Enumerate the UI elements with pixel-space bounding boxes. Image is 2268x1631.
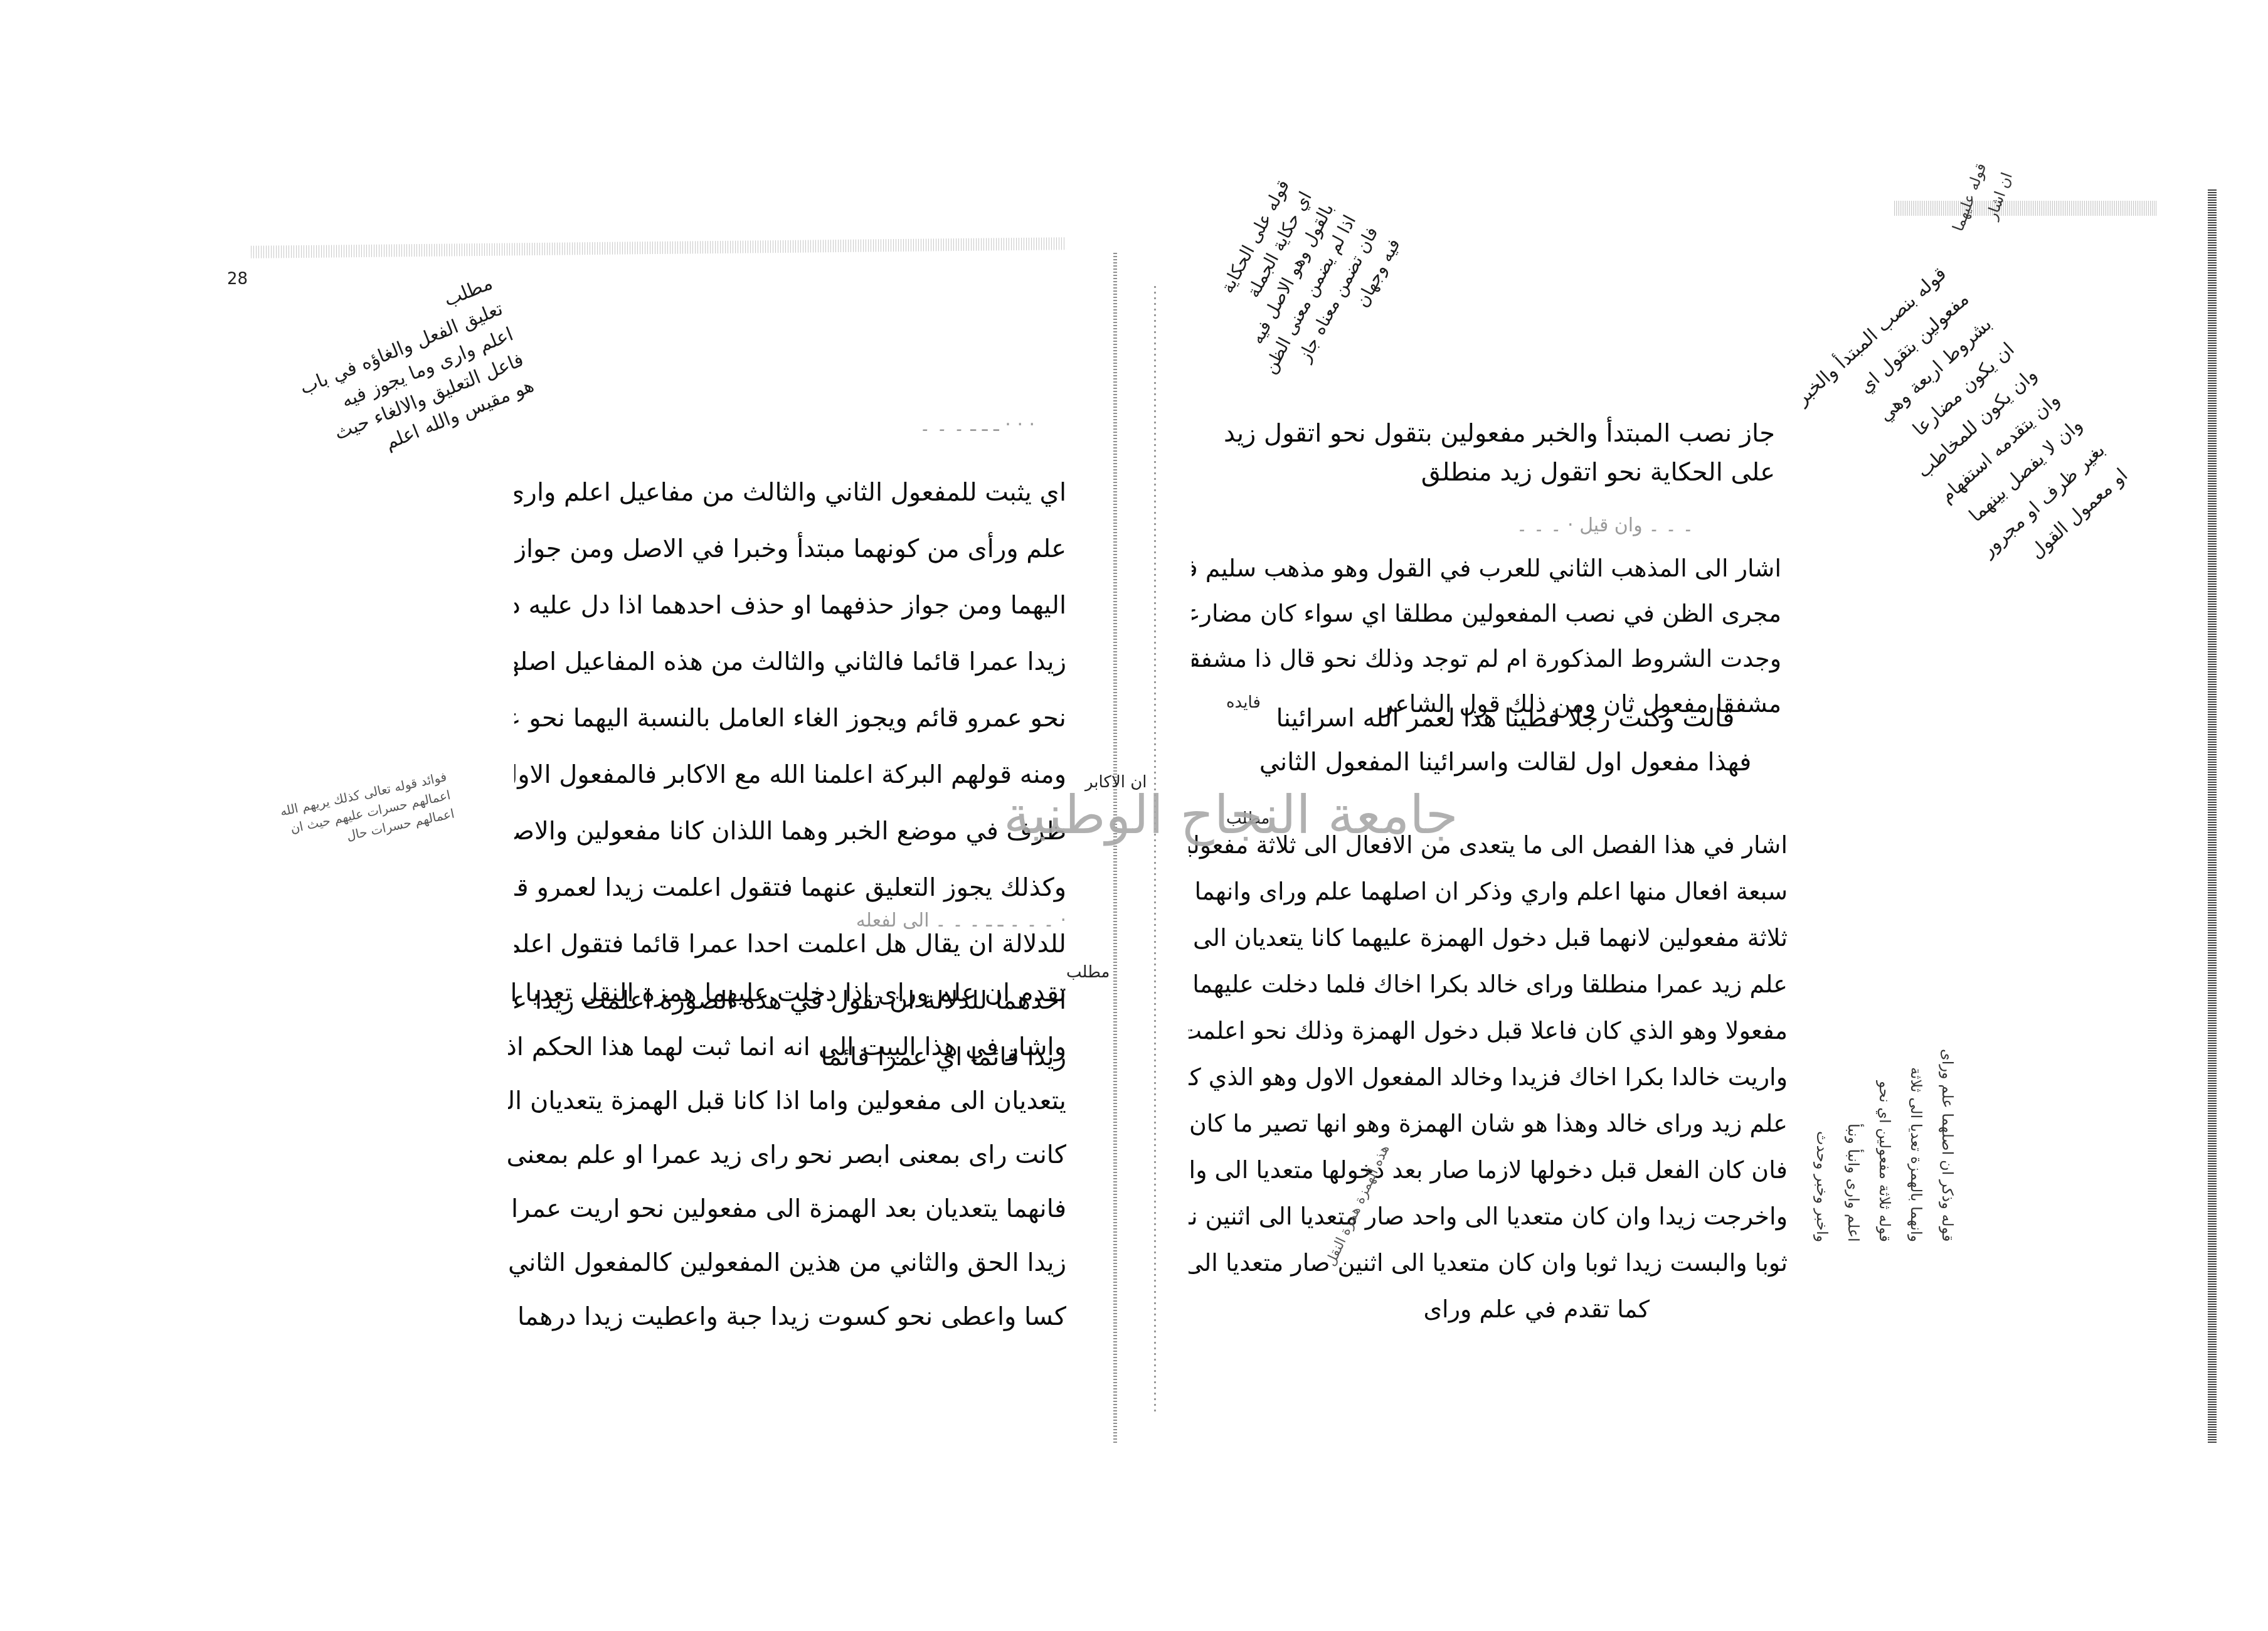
- text-line: علم زيد وراى خالد وهذا هو شان الهمزة وهو…: [1189, 1100, 1788, 1147]
- verse-line: فهذا مفعول اول لقالت واسرائينا المفعول ا…: [1254, 740, 1756, 784]
- text-line: كسا واعطى نحو كسوت زيدا جبة واعطيت زيدا …: [508, 1290, 1066, 1344]
- text-line: اشار الى المذهب الثاني للعرب في القول وه…: [1192, 546, 1781, 591]
- book-gutter-shadow: [1154, 282, 1156, 1411]
- note-line: واخبر وخبر وحدث: [1806, 803, 1838, 1242]
- text-line: مفعولا وهو الذي كان فاعلا قبل دخول الهمز…: [1189, 1007, 1788, 1054]
- text-line: ظرف في موضع الخبر وهما اللذان كانا مفعول…: [514, 803, 1066, 859]
- text-line: نحو عمرو قائم ويجوز الغاء العامل بالنسبة…: [514, 690, 1066, 746]
- text-line: زيدا عمرا قائما فالثاني والثالث من هذه ا…: [514, 634, 1066, 690]
- text-line: سبعة افعال منها اعلم واري وذكر ان اصلهما…: [1189, 868, 1788, 915]
- right-page-verse: قالت وكنت رجلا فطينا هذا لعمر الله اسرائ…: [1254, 696, 1756, 784]
- right-side-word: فايده: [1226, 693, 1261, 712]
- left-page-top-edge: [251, 237, 1066, 258]
- text-line: تقدم ان علم وراى اذا دخلت عليهما همزة ال…: [508, 966, 1066, 1020]
- text-line: علم زيد عمرا منطلقا وراى خالد بكرا اخاك …: [1189, 961, 1788, 1007]
- page-number: 28: [227, 270, 248, 289]
- text-line: واريت خالدا بكرا اخاك فزيدا وخالد المفعو…: [1189, 1054, 1788, 1100]
- verse-line: قالت وكنت رجلا فطينا هذا لعمر الله اسرائ…: [1254, 696, 1756, 740]
- text-line: على الحكاية نحو اتقول زيد منطلق: [1223, 453, 1775, 492]
- right-faint-header: ۔ ۔ ۔ وان قيل · ۔ ۔ ۔: [1254, 514, 1693, 536]
- note-line: قوله وذكر ان اصلهما علم وراى: [1932, 803, 1963, 1242]
- text-line: جاز نصب المبتدأ والخبر مفعولين بتقول نحو…: [1223, 414, 1775, 453]
- text-line: يتعديان الى مفعولين واما اذا كانا قبل ال…: [508, 1074, 1066, 1128]
- book-gutter: [1113, 251, 1117, 1443]
- left-faint-header: · · · ـ ـ ـ ۔ ۔ ۔: [627, 414, 1035, 436]
- left-margin-note-mid: فوائد قوله تعالى كذلك يريهم الله اعمالهم…: [278, 767, 457, 858]
- right-scan-edge: [2208, 188, 2217, 1443]
- text-line: علم ورأى من كونهما مبتدأ وخبرا في الاصل …: [514, 521, 1066, 577]
- text-line: كما تقدم في علم وراى: [1189, 1286, 1788, 1332]
- text-line: وجدت الشروط المذكورة ام لم توجد وذلك نحو…: [1192, 636, 1781, 681]
- right-margin-note-top: قوله على الحكاية اي حكاية الجملة بالقول …: [1191, 175, 1407, 401]
- text-line: زيدا الحق والثاني من هذين المفعولين كالم…: [508, 1236, 1066, 1290]
- right-margin-note-far: قوله عليهما ان اشار: [1944, 159, 2020, 245]
- text-line: وكذلك يجوز التعليق عنهما فتقول اعلمت زيد…: [514, 859, 1066, 916]
- text-line: واخرجت زيدا وان كان متعديا الى واحد صار …: [1189, 1193, 1788, 1240]
- right-page-top-text: جاز نصب المبتدأ والخبر مفعولين بتقول نحو…: [1223, 414, 1775, 492]
- right-page-top-edge: [1894, 201, 2158, 216]
- university-watermark: جامعة النجاح الوطنية: [1004, 784, 1458, 846]
- text-line: واشار في هذا البيت الى انه انما ثبت لهما…: [508, 1020, 1066, 1074]
- text-line: فان كان الفعل قبل دخولها لازما صار بعد د…: [1189, 1147, 1788, 1193]
- left-side-word: مطلب: [1066, 963, 1110, 982]
- text-line: كانت راى بمعنى ابصر نحو راى زيد عمرا او …: [508, 1128, 1066, 1182]
- text-line: اليهما ومن جواز حذفهما او حذف احدهما اذا…: [514, 577, 1066, 634]
- left-page-main-text-b: تقدم ان علم وراى اذا دخلت عليهما همزة ال…: [508, 966, 1066, 1344]
- right-page-main-text-b: اشار في هذا الفصل الى ما يتعدى من الافعا…: [1189, 822, 1788, 1332]
- note-line: وانهما بالهمزة تعديا الى ثلاثة: [1900, 803, 1932, 1242]
- manuscript-scan: 28 · · · ـ ـ ـ ۔ ۔ ۔ اي يثبت للمفعول الث…: [0, 0, 2268, 1631]
- text-line: اي يثبت للمفعول الثاني والثالث من مفاعيل…: [514, 464, 1066, 521]
- note-line: قوله ثلاثة مفعولين اي نحو: [1869, 803, 1900, 1242]
- text-line: ثلاثة مفعولين لانهما قبل دخول الهمزة علي…: [1189, 915, 1788, 961]
- right-margin-note-vertical: قوله وذكر ان اصلهما علم وراى وانهما باله…: [1806, 803, 1963, 1242]
- left-margin-note-top: مطلب تعليق الفعل والغاؤه في باب اعلم وار…: [285, 270, 538, 479]
- text-line: ومنه قولهم البركة اعلمنا الله مع الاكابر…: [514, 746, 1066, 803]
- text-line: ثوبا والبست زيدا ثوبا وان كان متعديا الى…: [1189, 1240, 1788, 1286]
- text-line: مجرى الظن في نصب المفعولين مطلقا اي سواء…: [1192, 591, 1781, 636]
- right-margin-note-diagonal: قوله بنصب المبتدأ والخبر مفعولين بتقول ا…: [1788, 258, 2136, 615]
- note-line: اعلم وارى وانبأ ونبأ: [1838, 803, 1869, 1242]
- text-line: فانهما يتعديان بعد الهمزة الى مفعولين نح…: [508, 1182, 1066, 1236]
- left-faint-header-b: · ۔ ۔ ۔ ـ ـ ۔ ۔ ۔ الى لفعله: [564, 910, 1066, 932]
